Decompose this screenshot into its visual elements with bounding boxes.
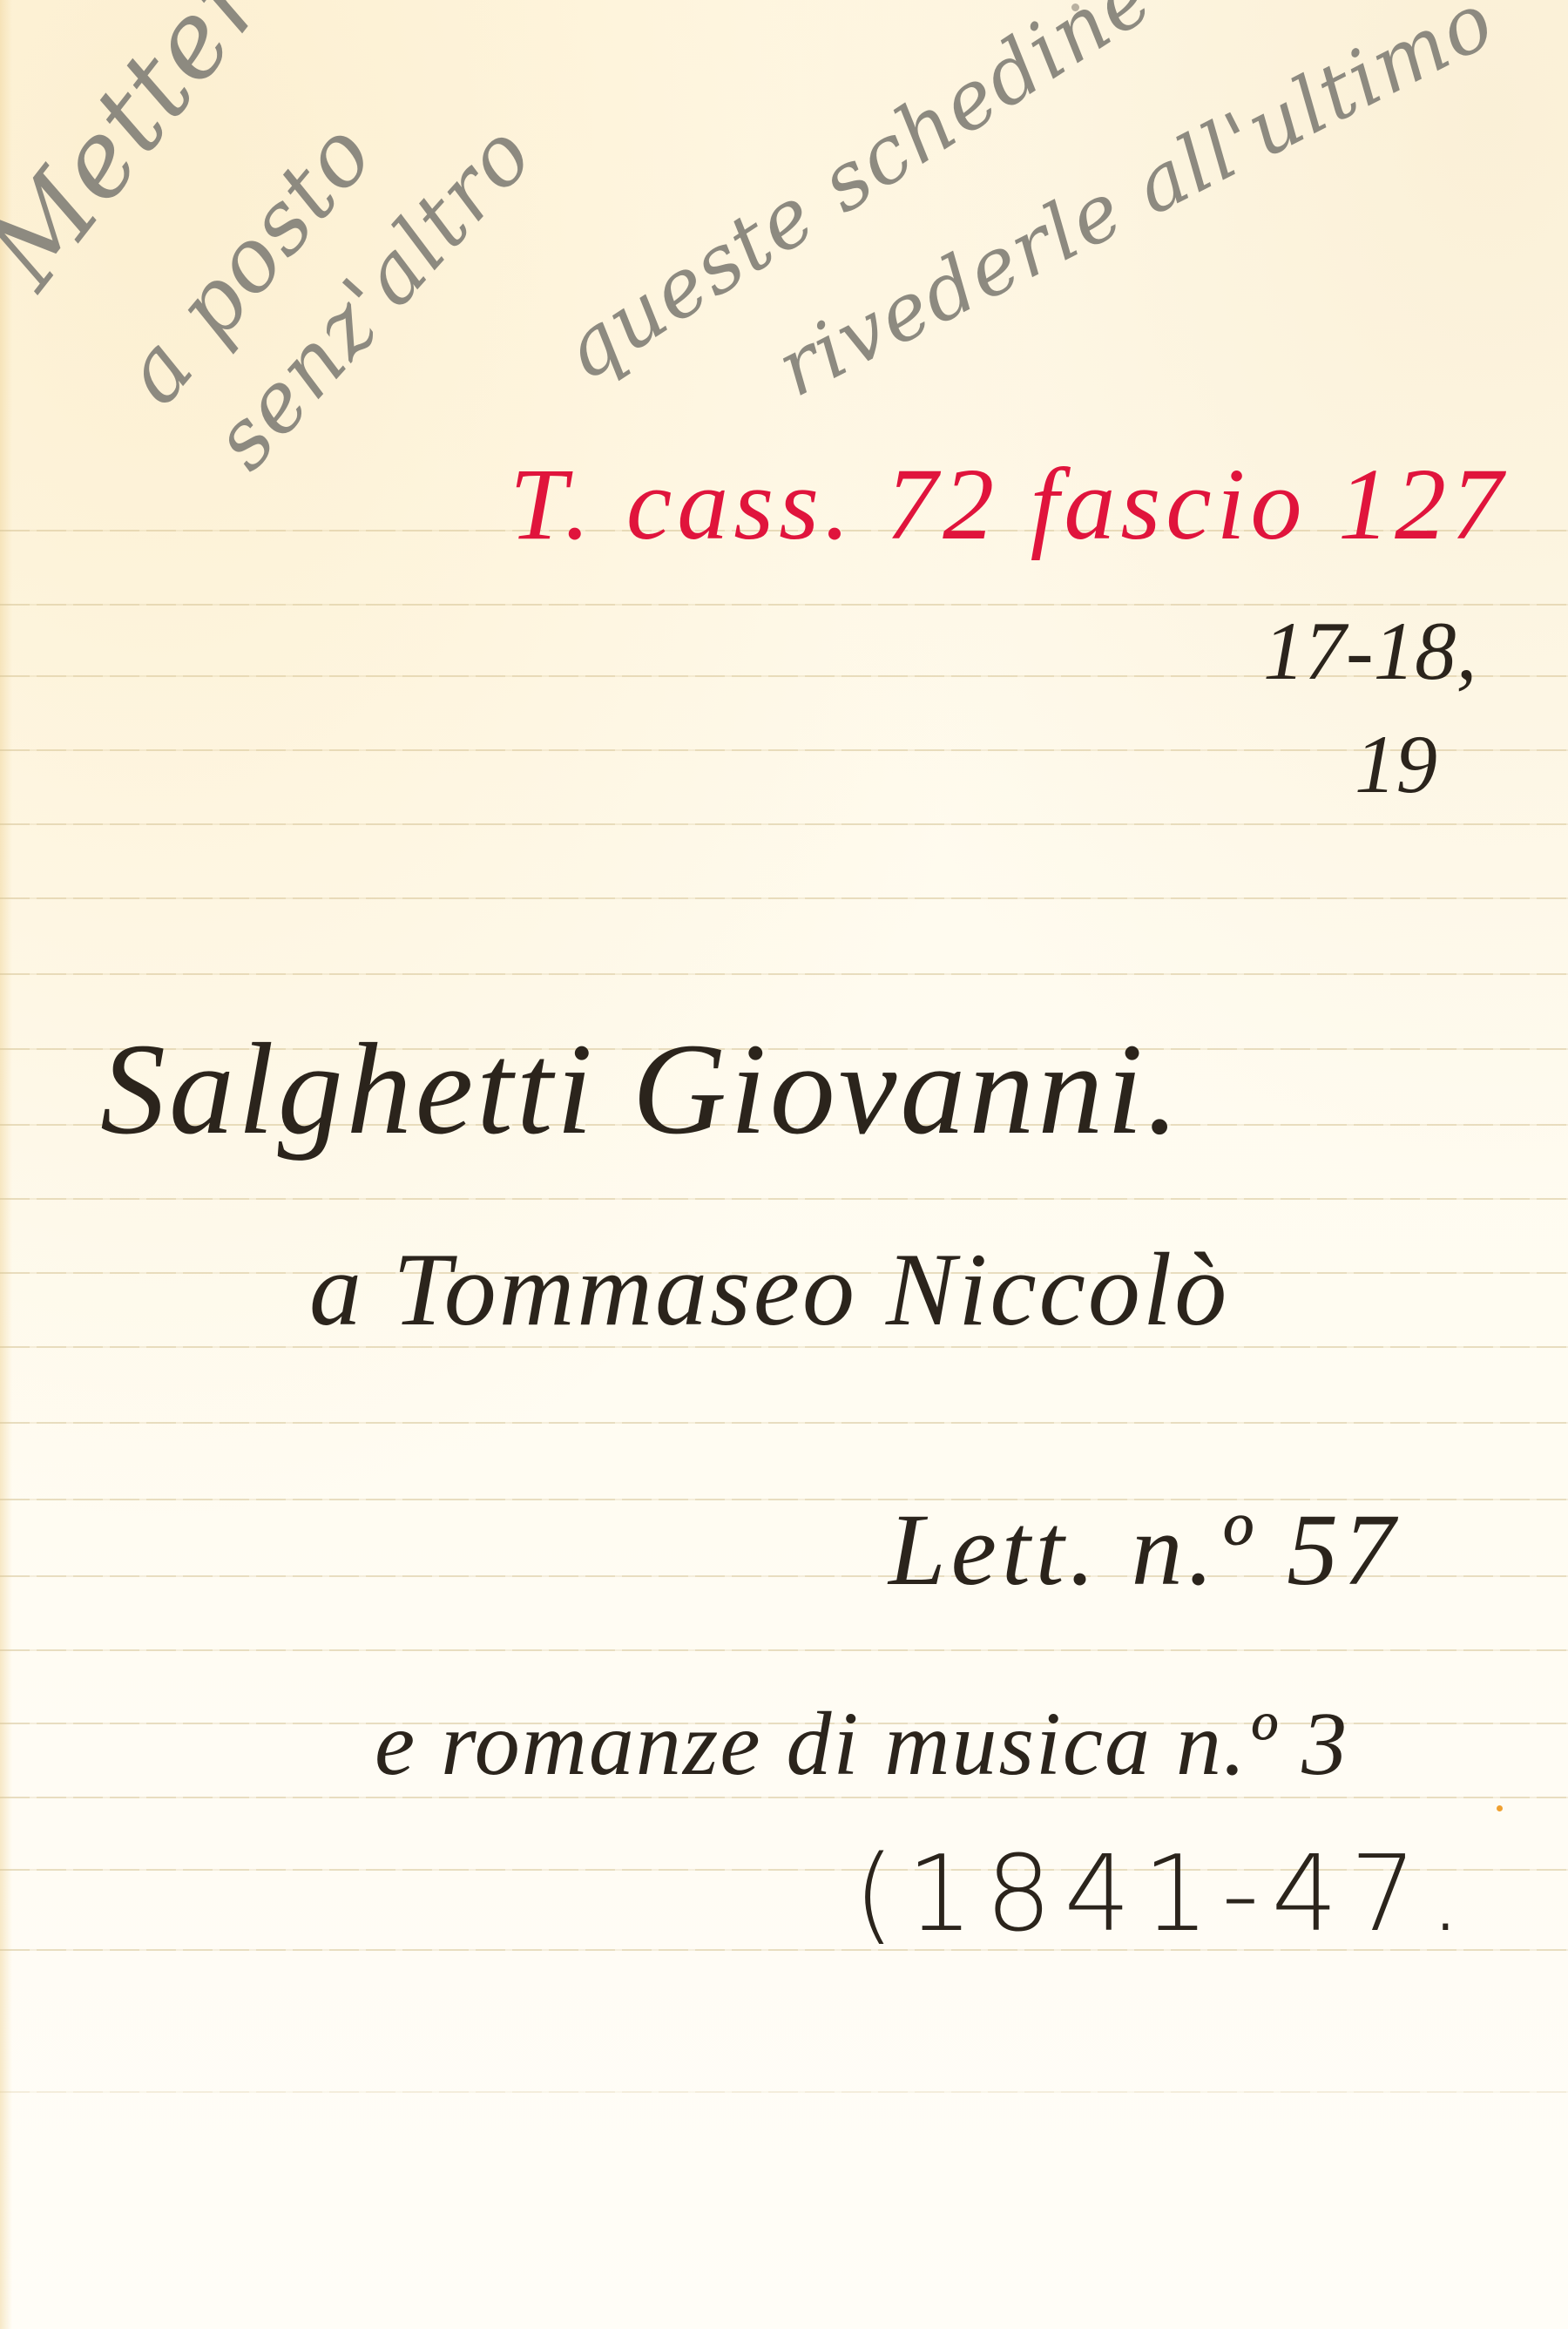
ruled-line	[0, 749, 1568, 751]
sheet-numbers: 17-18,	[1263, 610, 1477, 693]
ruled-line	[0, 1422, 1568, 1424]
music-items: e romanze di musica n.º 3	[375, 1699, 1348, 1790]
card-edge-stain	[0, 0, 12, 2329]
archive-location: T. cass. 72 fascio 127	[510, 453, 1508, 556]
letter-count: Lett. n.º 57	[889, 1499, 1400, 1601]
date-range: (1841-47.	[854, 1843, 1474, 1947]
ink-speck	[1497, 1805, 1503, 1811]
ruled-line	[0, 1797, 1568, 1798]
pencil-speck	[1071, 3, 1079, 11]
ruled-line	[0, 897, 1568, 899]
ruled-line	[0, 823, 1568, 825]
ruled-line	[0, 2091, 1568, 2093]
ruled-line	[0, 1198, 1568, 1200]
sheet-numbers-continued: 19	[1355, 723, 1437, 806]
catalogue-card: Mettere a posto senz'altro queste schedi…	[0, 0, 1568, 2329]
recipient-name: a Tommaseo Niccolò	[309, 1237, 1229, 1342]
author-name: Salghetti Giovanni.	[100, 1024, 1183, 1154]
ruled-line	[0, 1649, 1568, 1651]
ruled-line	[0, 973, 1568, 975]
